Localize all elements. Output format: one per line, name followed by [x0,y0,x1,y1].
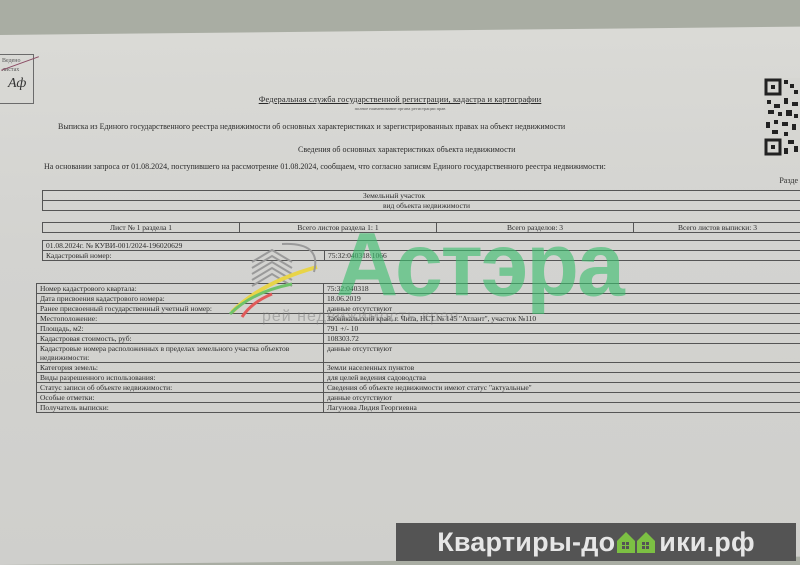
table-row: Получатель выписки:Лагунова Лидия Георги… [37,403,800,413]
section-label: Разде [779,176,798,185]
sheet-number: Лист № 1 раздела 1 [43,223,240,233]
site-banner[interactable]: Квартиры-до ики.рф [396,523,796,561]
row-label: Кадастровая стоимость, руб: [37,334,324,344]
table-row: Категория земель:Земли населенных пункто… [37,363,800,373]
agency-title: Федеральная служба государственной регис… [0,94,800,104]
row-label: Получатель выписки: [37,403,324,413]
table-row: Особые отметки:данные отсутствуют [37,393,800,403]
extract-title: Выписка из Единого государственного реес… [58,122,565,131]
watermark-tagline: рей недвижимость края [262,308,459,326]
row-value: Сведения об объекте недвижимости имеют с… [324,383,800,393]
object-type-table: Земельный участок вид объекта недвижимос… [42,190,800,211]
house-icon [615,529,659,555]
row-value: данные отсутствуют [324,393,800,403]
row-label: Виды разрешенного использования: [37,373,324,383]
agency-subtitle: полное наименование органа регистрации п… [0,106,800,111]
row-value: Земли населенных пунктов [324,363,800,373]
object-type: Земельный участок [43,191,800,201]
total-sheets-extract: Всего листов выписки: 3 [634,223,800,233]
row-value: для целей ведения садоводства [324,373,800,383]
table-row: Виды разрешенного использования:для целе… [37,373,800,383]
qr-code-icon [764,78,800,158]
row-label: Кадастровые номера расположенных в преде… [37,344,324,363]
watermark-brand: Астэра [336,220,623,310]
table-row: Кадастровые номера расположенных в преде… [37,344,800,363]
row-value: 108303.72 [324,334,800,344]
row-label: Категория земель: [37,363,324,373]
row-value: данные отсутствуют [324,344,800,363]
table-row: Кадастровая стоимость, руб:108303.72 [37,334,800,344]
table-row: Статус записи об объекте недвижимости:Св… [37,383,800,393]
row-value: Лагунова Лидия Георгиевна [324,403,800,413]
row-label: Статус записи об объекте недвижимости: [37,383,324,393]
basis-text: На основании запроса от 01.08.2024, пост… [44,162,606,171]
object-type-caption: вид объекта недвижимости [43,201,800,211]
banner-text-start: Квартиры-до [437,527,615,558]
signature-mark: Аф [8,79,26,88]
row-label: Особые отметки: [37,393,324,403]
banner-text-end: ики.рф [659,527,755,558]
section-title: Сведения об основных характеристиках объ… [298,145,515,154]
